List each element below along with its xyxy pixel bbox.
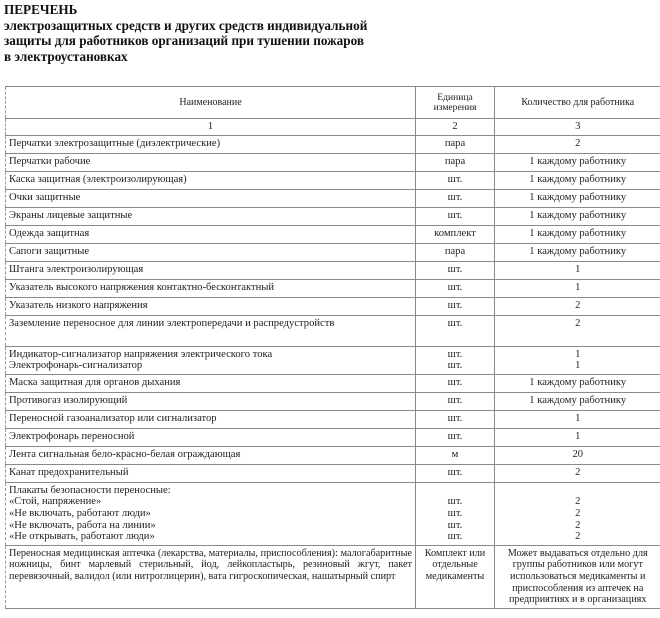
item-name: Канат предохранительный <box>6 464 416 482</box>
column-number: 2 <box>416 119 495 136</box>
item-name: Каска защитная (электроизолирующая) <box>6 171 416 189</box>
item-unit: шт. <box>416 374 495 392</box>
table-row: Сапоги защитныепара1 каждому работнику <box>6 243 660 261</box>
item-name: Штанга электроизолирующая <box>6 261 416 279</box>
item-quantity: 20 <box>495 446 660 464</box>
equipment-table: Наименование Единица измерения Количеств… <box>5 86 660 609</box>
title-line: в электроустановках <box>4 49 644 65</box>
title-line: электрозащитных средств и других средств… <box>4 18 644 34</box>
item-name: Перчатки рабочие <box>6 153 416 171</box>
item-quantity: 1 <box>495 410 660 428</box>
poster-quantity: 2 <box>498 520 658 532</box>
item-unit: шт. <box>416 428 495 446</box>
table-row: Экраны лицевые защитныешт.1 каждому рабо… <box>6 207 660 225</box>
poster-name-stack: Плакаты безопасности переносные:«Стой, н… <box>6 482 416 545</box>
item-quantity: 1 каждому работнику <box>495 189 660 207</box>
column-number: 1 <box>6 119 416 136</box>
item-quantity: 1 каждому работнику <box>495 374 660 392</box>
item-quantity: 1 каждому работнику <box>495 207 660 225</box>
poster-name: «Не включать, работа на линии» <box>9 520 412 532</box>
poster-unit: шт. <box>419 531 491 543</box>
title-line: ПЕРЕЧЕНЬ <box>4 2 644 18</box>
item-unit: шт. <box>416 207 495 225</box>
item-unit: шт. <box>416 392 495 410</box>
column-number: 3 <box>495 119 660 136</box>
item-quantity: 1 каждому работнику <box>495 225 660 243</box>
item-name: Лента сигнальная бело-красно-белая ограж… <box>6 446 416 464</box>
item-name: Одежда защитная <box>6 225 416 243</box>
table-row: Перчатки рабочиепара1 каждому работнику <box>6 153 660 171</box>
item-quantity: 1 каждому работнику <box>495 243 660 261</box>
item-name: Экраны лицевые защитные <box>6 207 416 225</box>
item-name-stack: Индикатор-сигнализатор напряжения электр… <box>6 346 416 374</box>
item-name: Указатель высокого напряжения контактно-… <box>6 279 416 297</box>
table-row: Одежда защитнаякомплект1 каждому работни… <box>6 225 660 243</box>
item-unit-stack: шт.шт. <box>416 346 495 374</box>
item-name: Перчатки электрозащитные (диэлектрически… <box>6 135 416 153</box>
table-row: Индикатор-сигнализатор напряжения электр… <box>6 346 660 374</box>
table-row: Перчатки электрозащитные (диэлектрически… <box>6 135 660 153</box>
table-row: Указатель низкого напряженияшт.2 <box>6 297 660 315</box>
item-quantity: 2 <box>495 464 660 482</box>
item-quantity: 1 каждому работнику <box>495 153 660 171</box>
table-row: Штанга электроизолирующаяшт.1 <box>6 261 660 279</box>
item-name: Индикатор-сигнализатор напряжения электр… <box>9 349 412 361</box>
table-row: Переносной газоанализатор или сигнализат… <box>6 410 660 428</box>
item-unit: шт. <box>416 297 495 315</box>
item-name: Электрофонарь-сигнализатор <box>9 360 412 372</box>
item-quantity: 1 <box>495 279 660 297</box>
item-unit: шт. <box>419 360 491 372</box>
item-name: Очки защитные <box>6 189 416 207</box>
header-quantity: Количество для работника <box>495 87 660 119</box>
medkit-quantity: Может выдаваться отдельно для группы раб… <box>495 545 660 608</box>
table-row: Электрофонарь переноснойшт.1 <box>6 428 660 446</box>
item-quantity: 1 <box>498 349 658 361</box>
table-row: Очки защитныешт.1 каждому работнику <box>6 189 660 207</box>
table-row: Канат предохранительныйшт.2 <box>6 464 660 482</box>
medkit-name: Переносная медицинская аптечка (лекарств… <box>6 545 416 608</box>
table-row: Лента сигнальная бело-красно-белая ограж… <box>6 446 660 464</box>
medkit-unit: Комплект или отдельные медикаменты <box>416 545 495 608</box>
table-row: Заземление переносное для линии электроп… <box>6 315 660 346</box>
item-name: Указатель низкого напряжения <box>6 297 416 315</box>
poster-name: «Не включать, работают люди» <box>9 508 412 520</box>
item-quantity: 1 каждому работнику <box>495 392 660 410</box>
item-unit: пара <box>416 135 495 153</box>
poster-name: «Стой, напряжение» <box>9 496 412 508</box>
table-row-medkit: Переносная медицинская аптечка (лекарств… <box>6 545 660 608</box>
poster-unit: шт. <box>419 496 491 508</box>
poster-unit: шт. <box>419 508 491 520</box>
item-name: Сапоги защитные <box>6 243 416 261</box>
item-unit: шт. <box>416 279 495 297</box>
table-row: Указатель высокого напряжения контактно-… <box>6 279 660 297</box>
column-number-row: 1 2 3 <box>6 119 660 136</box>
item-unit: шт. <box>416 410 495 428</box>
item-quantity: 1 каждому работнику <box>495 171 660 189</box>
item-unit: шт. <box>416 464 495 482</box>
spacer <box>498 485 658 497</box>
header-unit: Единица измерения <box>416 87 495 119</box>
posters-heading: Плакаты безопасности переносные: <box>9 485 412 497</box>
table-row: Противогаз изолирующийшт.1 каждому работ… <box>6 392 660 410</box>
item-unit: шт. <box>419 349 491 361</box>
poster-quantity: 2 <box>498 496 658 508</box>
item-unit: м <box>416 446 495 464</box>
table-row: Каска защитная (электроизолирующая)шт.1 … <box>6 171 660 189</box>
document-title: ПЕРЕЧЕНЬ электрозащитных средств и други… <box>4 2 644 64</box>
item-unit: пара <box>416 153 495 171</box>
poster-name: «Не открывать, работают люди» <box>9 531 412 543</box>
item-quantity: 2 <box>495 297 660 315</box>
table-row-posters: Плакаты безопасности переносные:«Стой, н… <box>6 482 660 545</box>
item-unit: шт. <box>416 189 495 207</box>
spacer <box>419 485 491 497</box>
item-unit: шт. <box>416 261 495 279</box>
item-unit: комплект <box>416 225 495 243</box>
poster-quantity-stack: 2222 <box>495 482 660 545</box>
header-name: Наименование <box>6 87 416 119</box>
title-line: защиты для работников организаций при ту… <box>4 33 644 49</box>
item-name: Заземление переносное для линии электроп… <box>6 315 416 346</box>
item-quantity: 1 <box>498 360 658 372</box>
table-row: Маска защитная для органов дыханияшт.1 к… <box>6 374 660 392</box>
poster-quantity: 2 <box>498 508 658 520</box>
table-header-row: Наименование Единица измерения Количеств… <box>6 87 660 119</box>
poster-unit-stack: шт.шт.шт.шт. <box>416 482 495 545</box>
poster-unit: шт. <box>419 520 491 532</box>
item-quantity: 2 <box>495 135 660 153</box>
item-quantity: 1 <box>495 428 660 446</box>
item-unit: пара <box>416 243 495 261</box>
item-quantity: 1 <box>495 261 660 279</box>
item-unit: шт. <box>416 315 495 346</box>
poster-quantity: 2 <box>498 531 658 543</box>
item-quantity: 2 <box>495 315 660 346</box>
item-quantity-stack: 11 <box>495 346 660 374</box>
item-name: Маска защитная для органов дыхания <box>6 374 416 392</box>
item-name: Переносной газоанализатор или сигнализат… <box>6 410 416 428</box>
item-name: Противогаз изолирующий <box>6 392 416 410</box>
item-unit: шт. <box>416 171 495 189</box>
item-name: Электрофонарь переносной <box>6 428 416 446</box>
